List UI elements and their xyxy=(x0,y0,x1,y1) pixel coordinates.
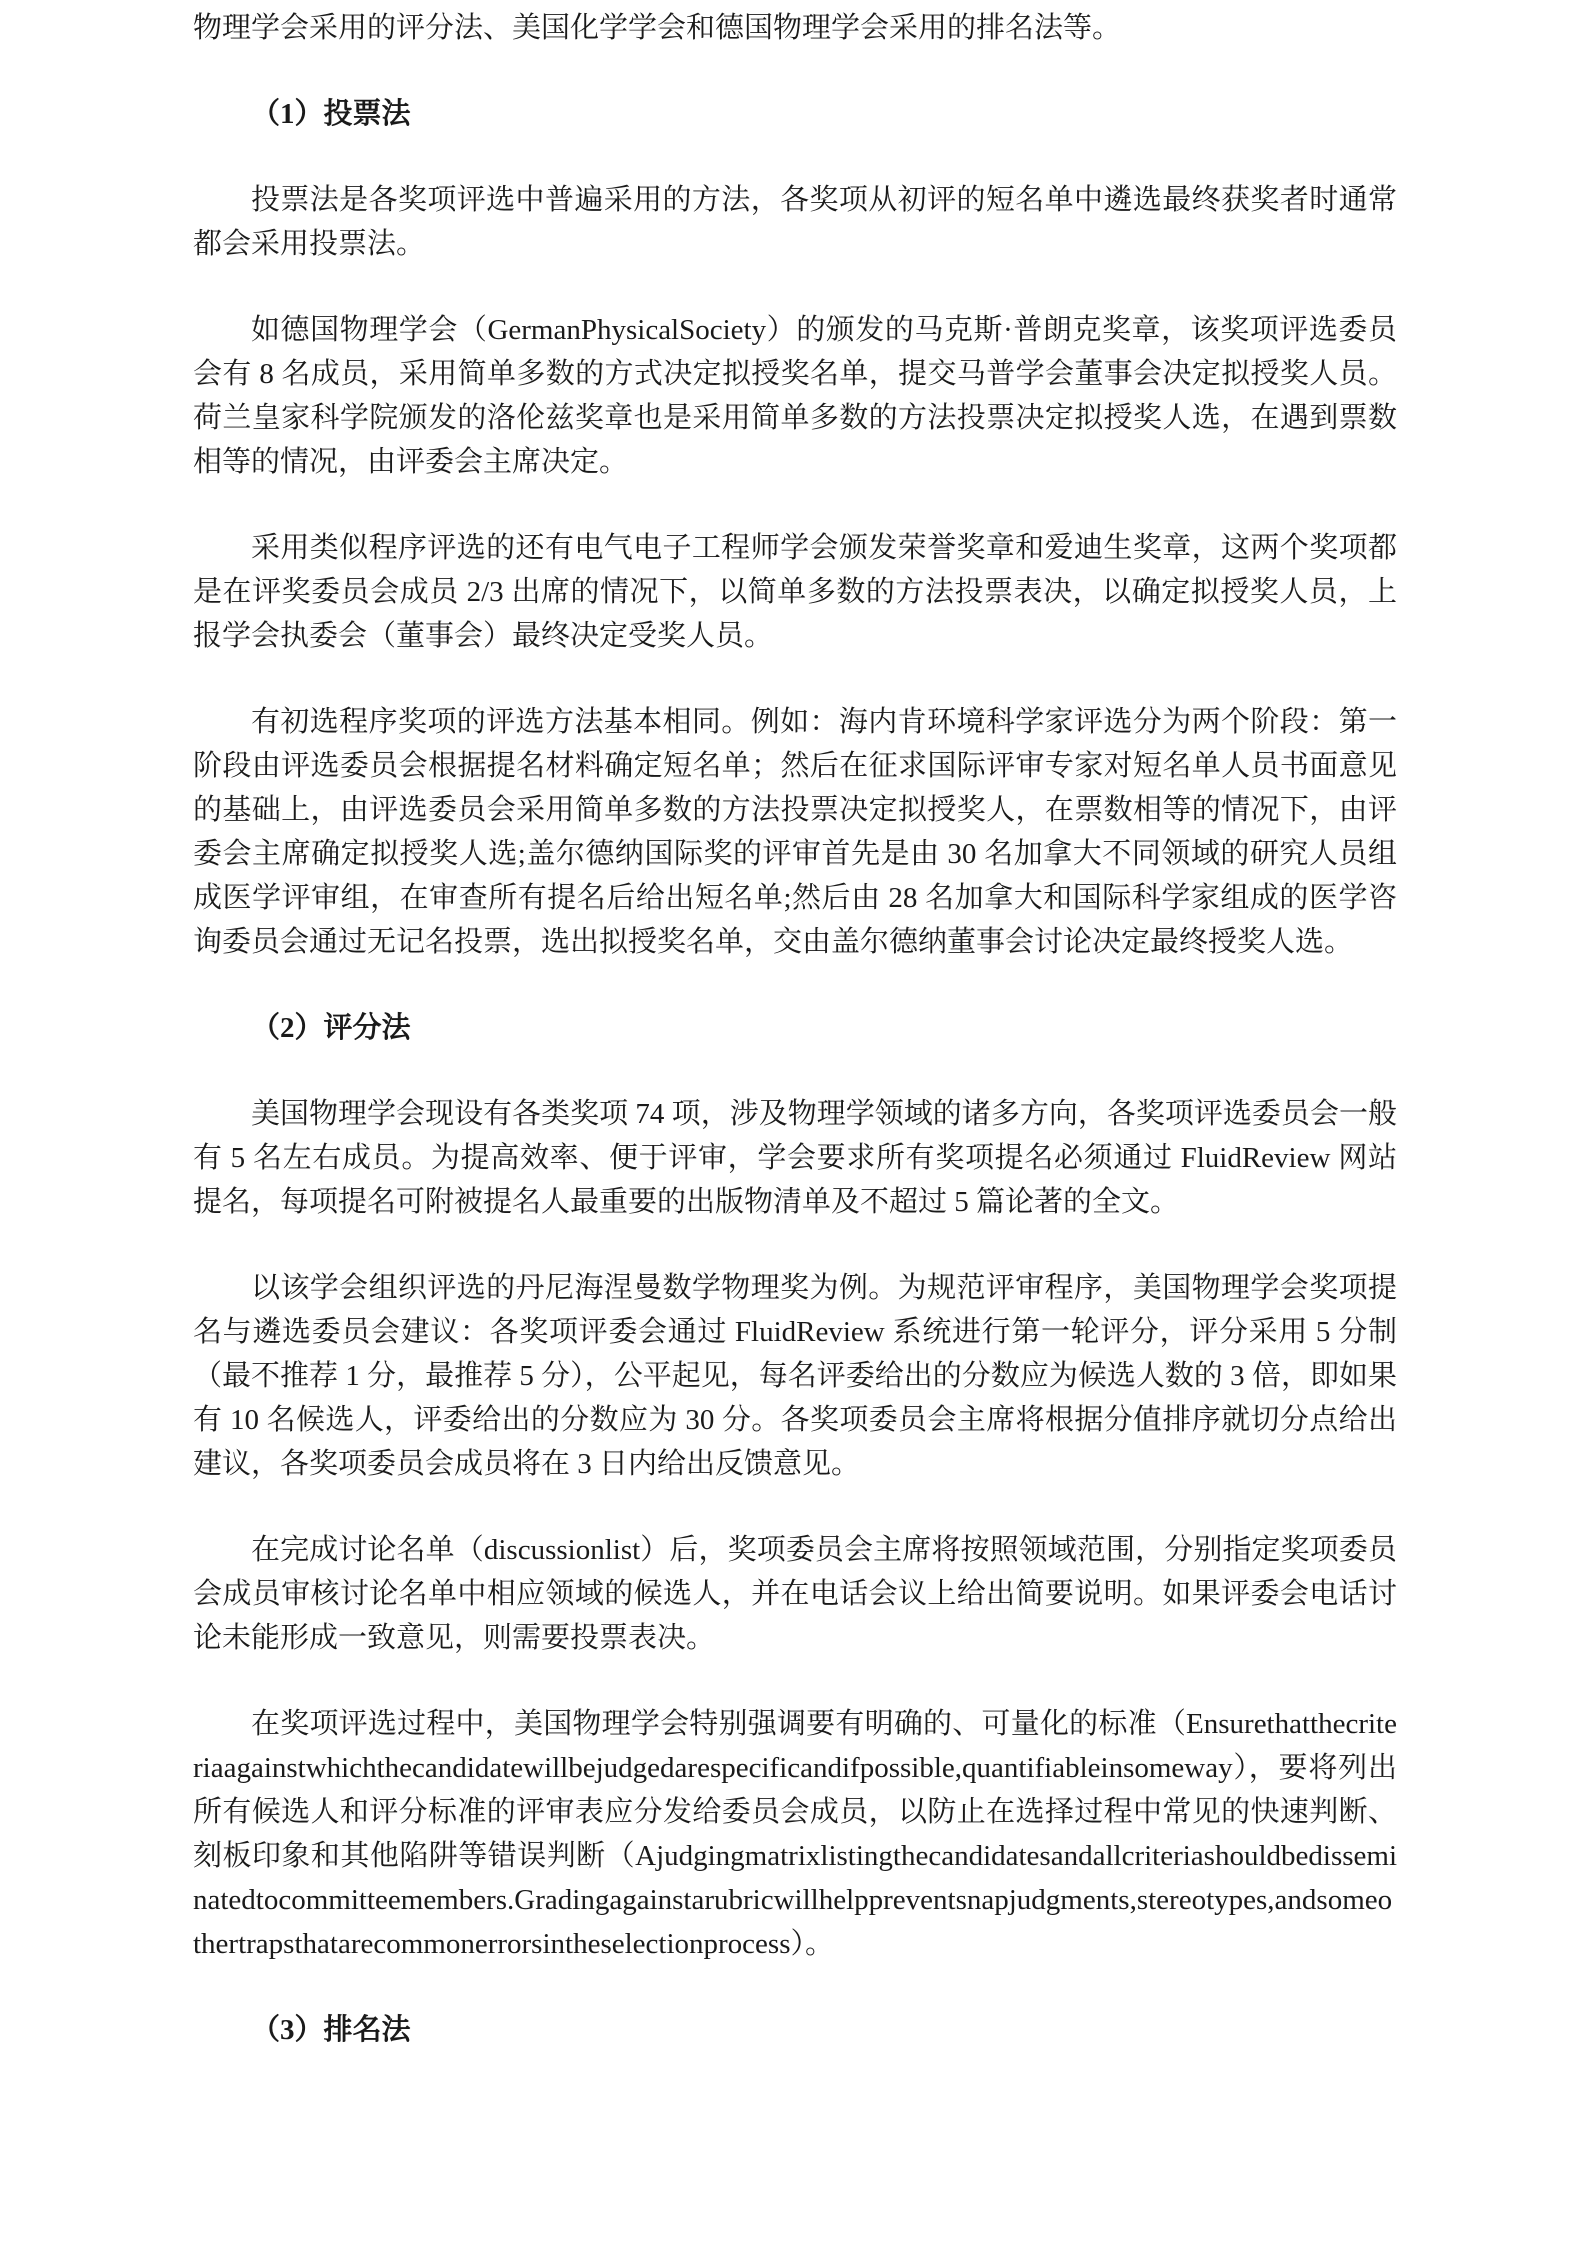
document-page: 物理学会采用的评分法、美国化学学会和德国物理学会采用的排名法等。 （1）投票法 … xyxy=(0,0,1587,2245)
paragraph-preselection-procedure: 有初选程序奖项的评选方法基本相同。例如：海内肯环境科学家评选分为两个阶段：第一阶… xyxy=(193,700,1397,964)
paragraph-intro-continuation: 物理学会采用的评分法、美国化学学会和德国物理学会采用的排名法等。 xyxy=(193,6,1397,50)
heading-voting-method: （1）投票法 xyxy=(193,92,1397,136)
paragraph-heineman-prize-scoring: 以该学会组织评选的丹尼海涅曼数学物理奖为例。为规范评审程序，美国物理学会奖项提名… xyxy=(193,1266,1397,1486)
heading-scoring-method: （2）评分法 xyxy=(193,1006,1397,1050)
paragraph-quantifiable-criteria: 在奖项评选过程中，美国物理学会特别强调要有明确的、可量化的标准（Ensureth… xyxy=(193,1702,1397,1966)
paragraph-voting-overview: 投票法是各奖项评选中普遍采用的方法，各奖项从初评的短名单中遴选最终获奖者时通常都… xyxy=(193,178,1397,266)
paragraph-german-physical-society: 如德国物理学会（GermanPhysicalSociety）的颁发的马克斯·普朗… xyxy=(193,308,1397,484)
heading-ranking-method: （3）排名法 xyxy=(193,2008,1397,2052)
paragraph-discussion-list: 在完成讨论名单（discussionlist）后，奖项委员会主席将按照领域范围，… xyxy=(193,1528,1397,1660)
paragraph-ieee-medals: 采用类似程序评选的还有电气电子工程师学会颁发荣誉奖章和爱迪生奖章，这两个奖项都是… xyxy=(193,526,1397,658)
paragraph-aps-awards: 美国物理学会现设有各类奖项 74 项，涉及物理学领域的诸多方向，各奖项评选委员会… xyxy=(193,1092,1397,1224)
